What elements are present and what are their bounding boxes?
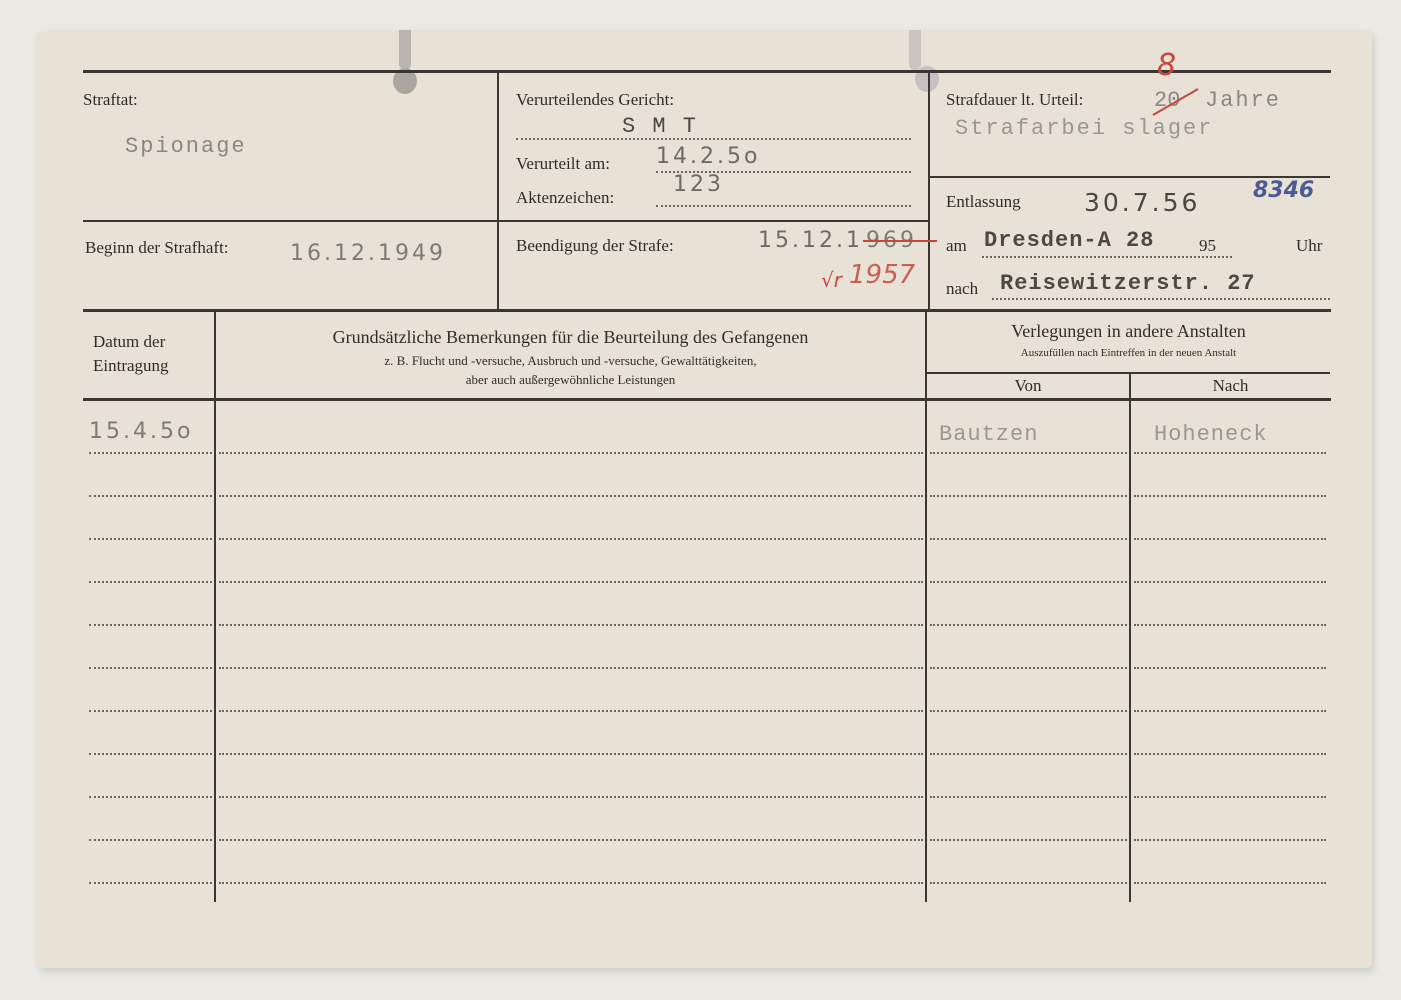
- sentence-end-value-prefix: 15.12.1: [758, 228, 863, 253]
- rule-table-header-bottom: [83, 398, 1331, 401]
- court-value: S M T: [622, 114, 698, 139]
- transfers-header: Verlegungen in andere Anstalten: [927, 321, 1330, 342]
- release-at-dotted-line: [982, 256, 1232, 258]
- release-at-label: am: [946, 236, 967, 256]
- top-rule: [83, 70, 1331, 73]
- date-header-line1: Datum der: [93, 332, 165, 352]
- divider-court-duration: [928, 72, 930, 310]
- transfers-subheader: Auszufüllen nach Eintreffen in der neuen…: [927, 347, 1330, 359]
- rule-top-section-bottom: [83, 309, 1331, 312]
- divider-from-to-column: [1129, 374, 1131, 902]
- release-label: Entlassung: [946, 192, 1021, 212]
- time-label: Uhr: [1296, 236, 1322, 256]
- row-1-date: 15.4.5o: [89, 419, 193, 444]
- offense-label: Straftat:: [83, 90, 138, 110]
- sentence-end-corrected-year: 1957: [849, 260, 915, 290]
- sentence-end-label: Beendigung der Strafe:: [516, 236, 674, 256]
- rule-offense-bottom: [83, 220, 928, 222]
- sentence-type: Strafarbei slager: [955, 116, 1213, 141]
- release-at-value: Dresden-A 28: [984, 228, 1154, 253]
- row-1-to: Hoheneck: [1154, 422, 1268, 447]
- sentenced-on-label: Verurteilt am:: [516, 154, 610, 174]
- remarks-header: Grundsätzliche Bemerkungen für die Beurt…: [216, 327, 925, 348]
- release-date: 30.7.56: [1084, 188, 1200, 217]
- handwritten-number: 8346: [1253, 178, 1314, 203]
- sentence-years-unit: Jahre: [1205, 88, 1281, 113]
- from-header: Von: [927, 376, 1129, 396]
- file-number-label: Aktenzeichen:: [516, 188, 614, 208]
- row-1-from: Bautzen: [939, 422, 1038, 447]
- imprisonment-start-label: Beginn der Strafhaft:: [85, 238, 229, 258]
- court-dotted-line: [516, 138, 911, 140]
- punch-slot-left: [399, 30, 411, 70]
- imprisonment-start-value: 16.12.1949: [290, 241, 446, 266]
- offense-value: Spionage: [125, 134, 247, 159]
- remarks-subheader-2: aber auch außergewöhnliche Leistungen: [216, 372, 925, 388]
- date-header-line2: Eintragung: [93, 356, 169, 376]
- file-number-dotted-line: [656, 205, 911, 207]
- release-to-value: Reisewitzerstr. 27: [1000, 271, 1256, 296]
- year-strikethrough: [863, 240, 937, 242]
- punch-slot-right: [909, 30, 921, 70]
- prisoner-record-card: Straftat: Spionage Verurteilendes Gerich…: [37, 30, 1372, 968]
- to-header: Nach: [1131, 376, 1330, 396]
- file-number-value: 123: [673, 172, 724, 197]
- release-to-dotted-line: [992, 298, 1330, 300]
- court-label: Verurteilendes Gericht:: [516, 90, 674, 110]
- correction-check-mark: √r: [821, 268, 842, 292]
- release-to-label: nach: [946, 279, 978, 299]
- divider-offense-court: [497, 72, 499, 310]
- release-at-printed-suffix: 95: [1199, 236, 1216, 256]
- rule-transfer-subheader: [927, 372, 1330, 374]
- sentence-years-corrected: 8: [1157, 48, 1176, 83]
- sentenced-on-value: 14.2.5o: [656, 144, 760, 169]
- sentence-duration-label: Strafdauer lt. Urteil:: [946, 90, 1083, 110]
- remarks-subheader-1: z. B. Flucht und -versuche, Ausbruch und…: [216, 353, 925, 369]
